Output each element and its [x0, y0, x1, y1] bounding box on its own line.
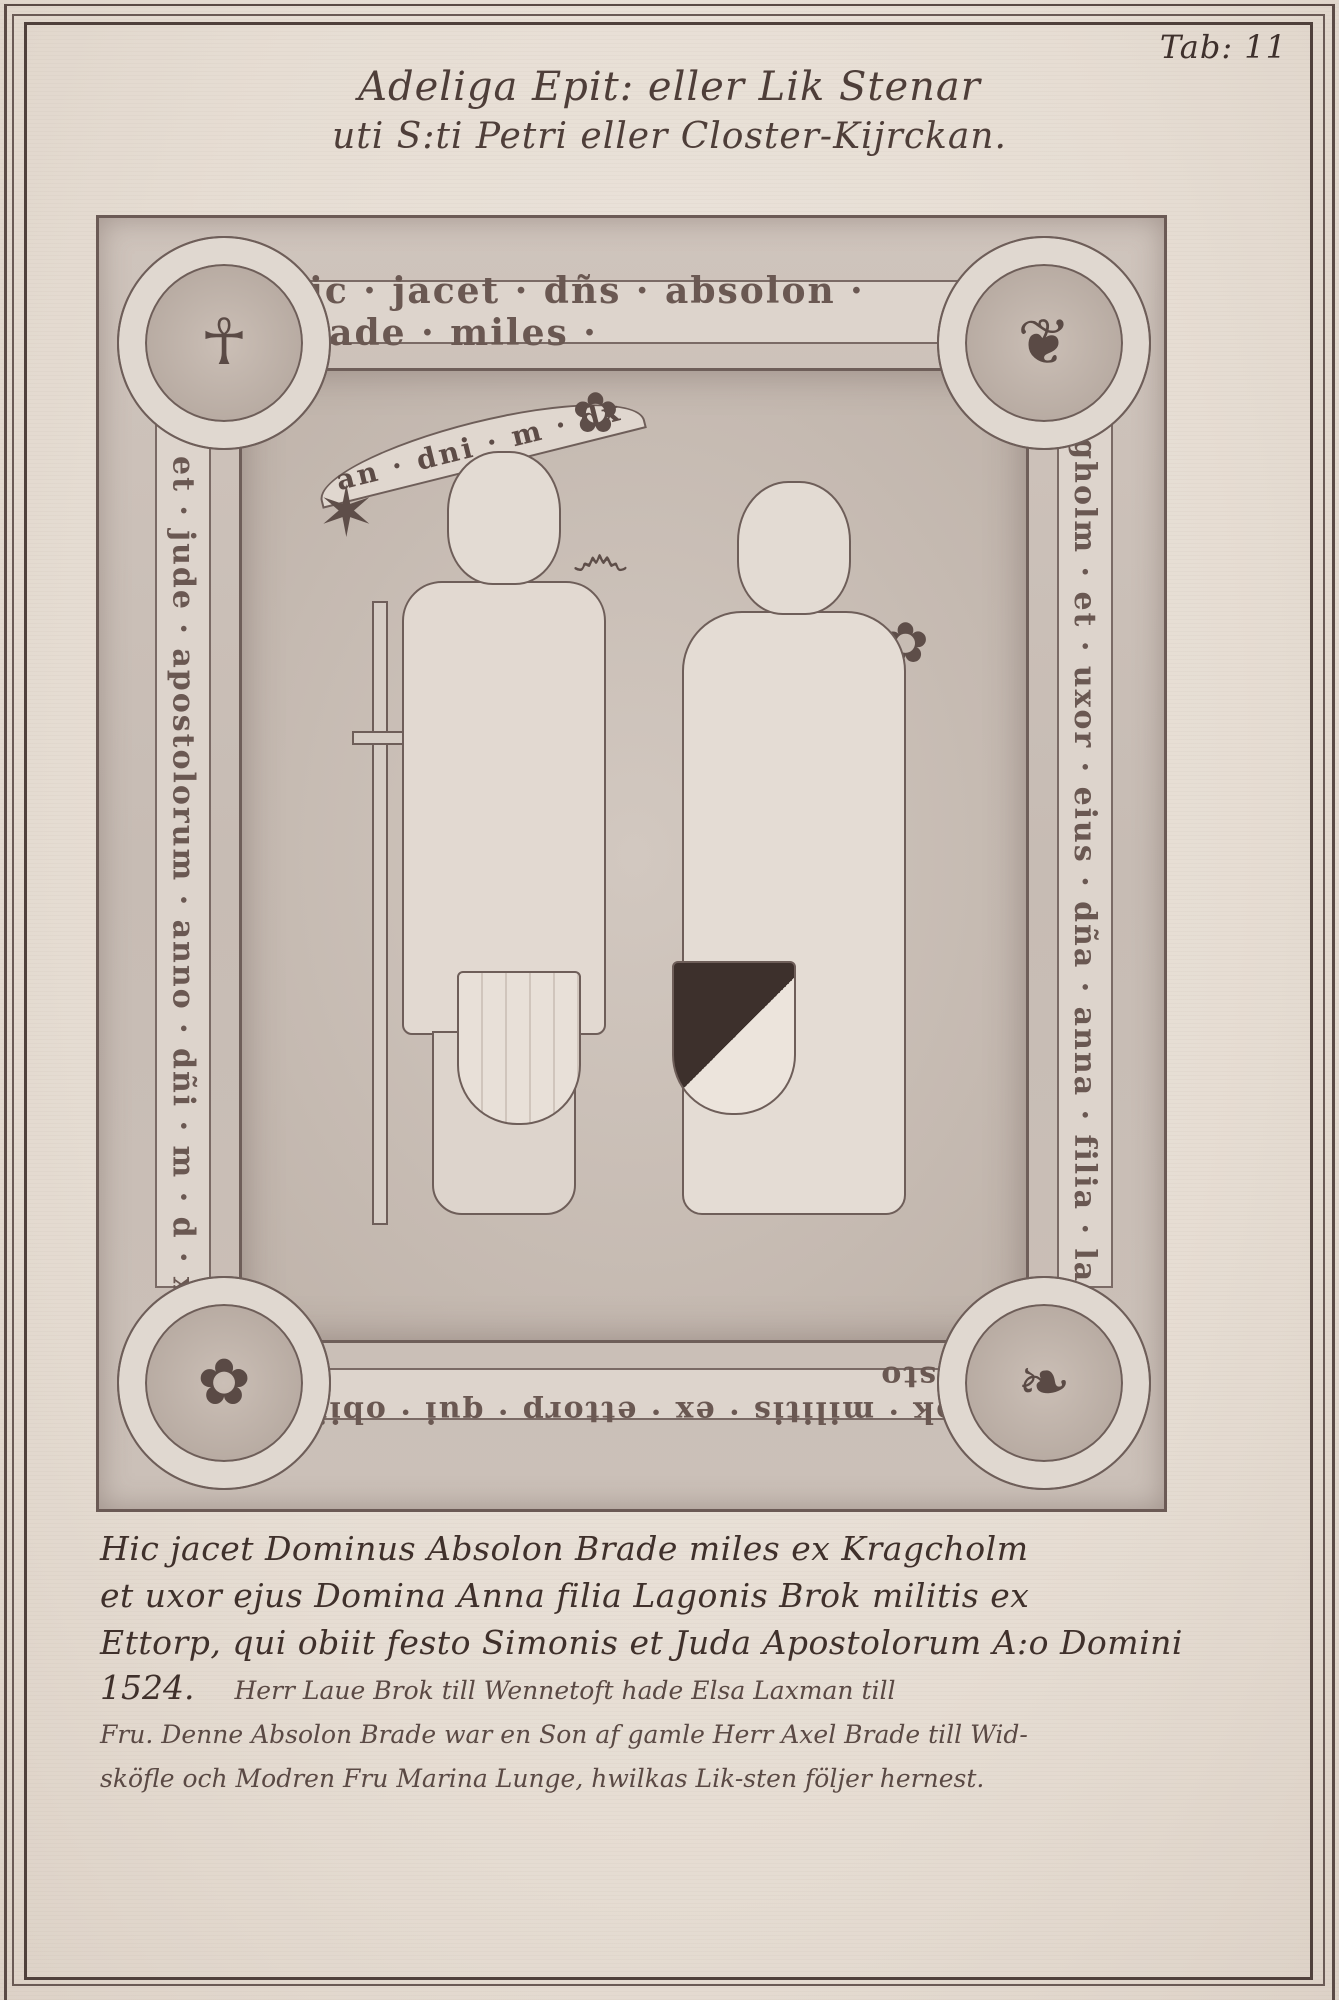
ox-icon: ❧	[965, 1304, 1123, 1462]
knight-head	[447, 451, 561, 585]
tombstone-drawing: hic · jacet · dñs · absolon · brade · mi…	[96, 215, 1167, 1512]
eagle-icon: ❦	[965, 264, 1123, 422]
lady-head	[737, 481, 851, 615]
brade-coat-of-arms	[457, 971, 581, 1125]
corner-medallion-ox: ❧	[939, 1278, 1149, 1488]
lion-icon: ✿	[145, 1304, 303, 1462]
swedish-line-1: 1524.Herr Laue Brok till Wennetoft hade …	[100, 1666, 1279, 1713]
latin-line-3: Ettorp, qui obiit festo Simonis et Juda …	[100, 1619, 1279, 1666]
effigy-panel: an · dni · m · dx ✶ ✿ ෴ ✿	[239, 368, 1029, 1343]
latin-line-2: et uxor ejus Domina Anna filia Lagonis B…	[100, 1572, 1279, 1619]
inscription-right-text: ex · kragholm · et · uxor · eius · dña ·…	[1068, 297, 1103, 1408]
inscription-band-right: ex · kragholm · et · uxor · eius · dña ·…	[1057, 418, 1113, 1288]
knight-body	[402, 581, 606, 1035]
inscription-band-bottom: brok · militis · ex · ettorp · qui · obi…	[279, 1368, 999, 1420]
swedish-line-2: Fru. Denne Absolon Brade war en Son af g…	[100, 1713, 1279, 1757]
plate-number: Tab: 11	[1160, 28, 1287, 66]
sword-guard	[352, 731, 408, 745]
swedish-line-1-text: Herr Laue Brok till Wennetoft hade Elsa …	[234, 1676, 895, 1705]
lady-effigy	[662, 461, 922, 1241]
swedish-line-3: sköfle och Modren Fru Marina Lunge, hwil…	[100, 1757, 1279, 1801]
corner-medallion-lion: ✿	[119, 1278, 329, 1488]
caption-year: 1524.	[100, 1668, 194, 1707]
corner-medallion-angel: ☥	[119, 238, 329, 448]
angel-icon: ☥	[145, 264, 303, 422]
caption-text: Hic jacet Dominus Absolon Brade miles ex…	[100, 1525, 1279, 1801]
title-line-2: uti S:ti Petri eller Closter-Kijrckan.	[0, 112, 1339, 162]
inscription-bottom-text: brok · militis · ex · ettorp · qui · obi…	[281, 1359, 997, 1429]
star-icon: ✶	[317, 471, 376, 553]
inscription-band-top: hic · jacet · dñs · absolon · brade · mi…	[279, 280, 999, 344]
inscription-band-left: simonis · et · jude · apostolorum · anno…	[155, 418, 211, 1288]
brok-coat-of-arms	[672, 961, 796, 1115]
page-title: Adeliga Epit: eller Lik Stenar uti S:ti …	[0, 62, 1339, 162]
inscription-left-text: simonis · et · jude · apostolorum · anno…	[166, 274, 201, 1432]
lady-gown	[682, 611, 906, 1215]
inscription-top-text: hic · jacet · dñs · absolon · brade · mi…	[281, 270, 997, 354]
title-line-1: Adeliga Epit: eller Lik Stenar	[0, 62, 1339, 112]
knight-effigy	[372, 431, 632, 1251]
latin-line-1: Hic jacet Dominus Absolon Brade miles ex…	[100, 1525, 1279, 1572]
sword	[372, 601, 388, 1225]
corner-medallion-eagle: ❦	[939, 238, 1149, 448]
